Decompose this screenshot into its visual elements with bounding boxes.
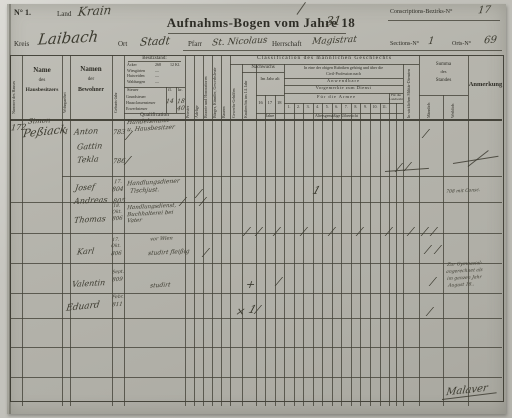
col-class-2: Beamte und Honoratioren [204,62,208,118]
land-value-handwritten: Krain [77,4,112,18]
possession-unit-0: 12 Kl. [170,63,180,67]
inhabitant-name: Thomas [74,215,107,225]
inhabitant-name: Gattin [77,142,103,151]
armee-cell-9: 10. [370,105,380,109]
armee-cell-4: 5. [322,105,332,109]
col-maennlich: Männlich [427,98,431,118]
scanned-document: N° 1. Land Krain Conscriptions-Bezirks-N… [0,0,512,418]
divider [388,20,500,21]
tax-title: Steuer [127,88,139,93]
birth-year: 783 [113,129,126,136]
grid-line [332,103,333,406]
birth-year: Okt. [111,245,121,250]
summe-title-2: des [419,70,468,75]
grid-line [419,95,468,96]
orts-label: Orts-N° [452,41,471,47]
col-knaben: Knaben bis ins 14. Jahr [244,74,248,118]
orts-value: 69 [483,36,497,47]
birth-year: 17. [114,180,123,185]
inhabitant-name: Josef [75,183,96,192]
qualification-entry: studirt [150,282,171,289]
possession-value-2: — [155,74,159,78]
grid-line [10,263,502,264]
grid-line [380,103,381,406]
col-inhabitants-2: der [70,77,112,82]
col-class-0: Priester [186,62,190,118]
col-birth-year: Geburts-Jahr [114,68,118,113]
tax-row2-fl-value: 14 [166,99,174,105]
grid-line [10,377,502,378]
possession-value-0: 268 [155,63,161,67]
col-gehilfen: Gewerbs-Gehilfen [232,66,236,118]
fuer-landwehr-label: Für die Landwehr [388,94,404,101]
grid-line [360,103,361,406]
rubrik-note-2: Civil-Profession nach [284,72,403,76]
col-inhabitants-3: Bewohner [70,87,112,93]
birth-year: 806 [112,217,123,223]
col-owner-3: Hausbesitzers [22,88,62,94]
im-jahr-alt-label: Im Jahr alt [256,77,284,82]
pfarr-label: Pfarr [188,41,202,48]
grid-line [256,95,284,96]
grid-line [124,55,125,406]
anwendbare-label: Anwendbare [284,79,403,84]
col-class-4: Bauern [222,62,226,118]
possession-label-3: Waldungen [127,80,145,84]
grid-line [313,103,314,406]
col-weiblich: Weiblich [451,98,455,118]
grid-line [389,93,390,406]
birth-year: 804 [112,187,124,194]
possession-label-2: Hutweiden [127,74,145,78]
cells-foot-label: Altersgemäßige Uibersicht [284,114,389,118]
summe-title-3: Standes [419,78,468,83]
jahre-foot-label: Jahre [256,114,284,118]
armee-cell-1: 2. [294,105,304,109]
fuer-armee-label: Für die Armee [284,95,389,100]
grid-line [22,55,23,406]
col-house-number: Nummer des Hauses [12,64,16,114]
col-class-3: Bürger, Künstler, Gewerbsleute [213,62,217,118]
grid-line [341,103,342,406]
armee-cell-3: 4. [313,105,323,109]
grid-line [303,103,304,406]
anmerkung-label: Anmerkung [468,82,503,89]
divider [183,50,502,51]
inhabitant-name: Karl [77,248,95,257]
inhabitant-name: Anton [74,127,99,136]
land-label: Land [57,11,71,18]
col-owner-1: Name [22,67,62,74]
party-entry: 1 [64,129,69,136]
armee-cell-8: 9. [360,105,370,109]
col-class-1: Adelige [195,62,199,118]
grid-line [265,95,266,406]
possession-label-0: Äcker [127,63,137,67]
armee-cell-10: 11. [380,105,390,109]
tax-row1-label: Grundsteuer [126,95,146,99]
grid-line [468,55,469,406]
grid-line [322,103,323,406]
possession-value-3: — [155,80,159,84]
grid-line [70,55,71,406]
tax-row3-label: Erwerbsteuer [126,107,147,111]
birth-year: 806 [111,252,122,258]
grid-line [403,64,404,406]
grid-line [294,103,295,406]
possessions-title: Besitzstand: [124,56,185,61]
inhabitant-name: Tekla [77,155,100,164]
grid-line [10,347,502,348]
armee-cell-7: 8. [351,105,361,109]
tax-kr: kr. [178,88,183,93]
birth-year: 811 [112,303,123,309]
form-number: N° 1. [14,9,31,17]
kreis-value: Laibach [37,29,99,47]
nachwuchs-year-0: 16 [256,101,265,106]
sections-value: 1 [427,37,435,47]
nachwuchs-title: Nachwuchs [242,65,284,70]
nachwuchs-year-2: 18 [275,101,284,106]
grid-line [10,318,502,319]
armee-cell-2: 3. [303,105,313,109]
birth-year: Febr. [112,296,124,301]
sections-label: Sections-N° [390,41,419,47]
tax-fl: fl. [168,88,172,93]
grid-line [62,176,502,177]
col-party-number: Wohnparthei [63,68,67,113]
grid-line [419,55,420,406]
col-inhabitants-1: Namen [70,66,112,73]
title-underline [168,33,346,34]
tax-row2-label: Hausclassensteuer [126,101,155,105]
summe-title-1: Summa [419,62,468,67]
qualification-entry: Vater [127,219,143,225]
armee-cell-6: 7. [341,105,351,109]
kreis-label: Kreis [14,41,29,48]
col-owner-2: des [22,78,62,83]
grid-line [443,95,444,406]
grid-line [370,103,371,406]
armee-cell-5: 6. [332,105,342,109]
birth-year: 809 [112,278,123,284]
year-handwritten: 31 [325,15,342,28]
conscription-district-label: Conscriptions-Bezirks-N° [390,9,452,15]
grid-line [351,103,352,406]
classification-title: Classification des männlichen Geschlecht… [230,56,419,62]
conscription-district-value: 17 [477,6,491,17]
rubrik-note-1: In eine der obigen Rubriken gehörig und … [284,66,403,70]
herrschaft-label: Herrschaft [272,41,302,48]
vorgemerkte-label: Vorgemerkte zum Dienst [284,86,403,91]
birth-year: Sept. [112,271,124,276]
grid-line [242,72,284,73]
grid-line [396,103,397,406]
tax-row3-kr-value: 40 [177,106,185,112]
nachwuchs-year-1: 17 [265,101,274,106]
armee-cell-0: 1. [284,105,294,109]
ort-label: Ort [118,41,127,48]
ort-value: Stadt [139,35,170,48]
col-military-service: In wirklichen Militär-Diensten [407,66,411,118]
grid-line [275,95,276,406]
grid-line [10,293,502,294]
